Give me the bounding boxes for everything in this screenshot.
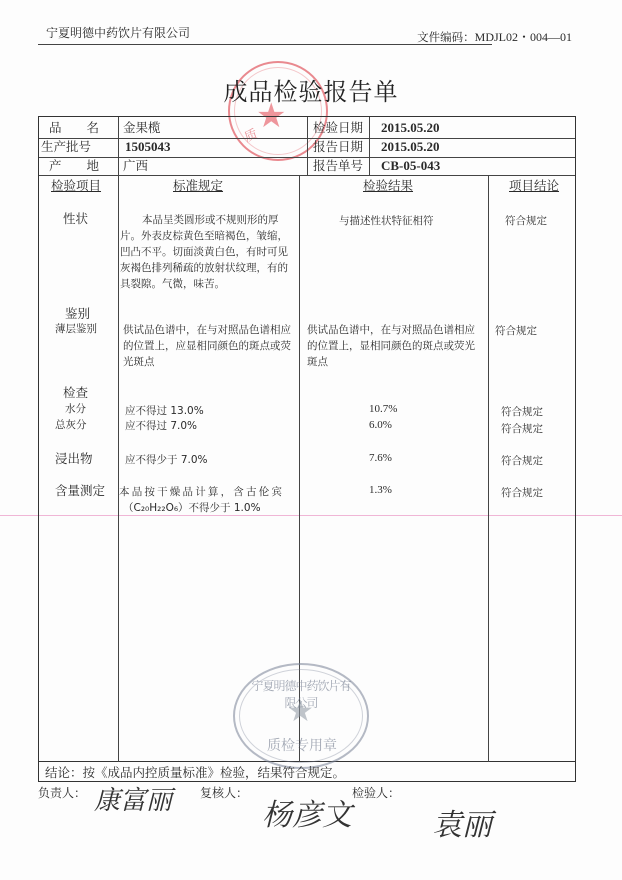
inspect-date-value: 2015.05.20 (381, 118, 440, 137)
report-no-label: 报告单号 (313, 156, 363, 175)
conclusion-row: 结论：按《成品内控质量标准》检验，结果符合规定。 (38, 762, 576, 782)
column-header-conclusion: 项目结论 (509, 176, 559, 195)
document-code-label: 文件编码： (417, 30, 475, 44)
reviewer-label: 复核人： (200, 784, 248, 801)
responsible-label: 负责人： (38, 784, 86, 801)
item-identification-result: 供试品色谱中，在与对照品色谱相应的位置上，显相同颜色的斑点或荧光斑点 (307, 322, 483, 370)
col-divider (118, 117, 119, 175)
page-title: 成品检验报告单 (0, 72, 622, 107)
item-assay-conclusion: 符合规定 (501, 484, 543, 503)
item-extract-name: 浸出物 (55, 449, 93, 468)
item-extract-result: 7.6% (369, 449, 392, 468)
report-no-value: CB-05-043 (381, 156, 440, 175)
item-ash-conclusion: 符合规定 (501, 420, 543, 439)
origin-value: 广西 (123, 156, 148, 175)
document-code: 文件编码：MDJL02・004—01 (417, 28, 572, 45)
header-rule (38, 44, 492, 45)
stamp-purpose-text: 质检专用章 (267, 735, 337, 755)
responsible-signature: 康富丽 (94, 780, 172, 817)
row-divider (39, 175, 575, 176)
item-traits-standard: 本品呈类圆形或不规则形的厚片。外表皮棕黄色至暗褐色，皱缩，凹凸不平。切面淡黄白色… (120, 212, 296, 292)
column-header-standard: 标准规定 (173, 176, 223, 195)
conclusion-text: 结论：按《成品内控质量标准》检验，结果符合规定。 (45, 763, 345, 781)
item-assay-standard-line2: （C₂₀H₂₂O₆）不得少于 1.0% (123, 499, 261, 518)
item-identification-conclusion: 符合规定 (495, 322, 537, 341)
item-ash-standard: 应不得过 7.0% (125, 417, 197, 436)
item-extract-conclusion: 符合规定 (501, 452, 543, 471)
report-date-value: 2015.05.20 (381, 137, 440, 156)
item-identification-standard: 供试品色谱中，在与对照品色谱相应的位置上，应显相同颜色的斑点或荧光斑点 (123, 322, 295, 370)
col-divider (307, 117, 308, 175)
item-assay-result: 1.3% (369, 481, 392, 500)
reviewer-signature: 杨彦文 (262, 790, 352, 834)
col-divider (488, 175, 489, 762)
item-ash-result: 6.0% (369, 416, 392, 435)
batch-value: 1505043 (125, 137, 171, 156)
inspector-signature: 袁丽 (432, 800, 492, 844)
star-icon: ★ (287, 697, 314, 727)
report-date-label: 报告日期 (313, 137, 363, 156)
inspect-date-label: 检验日期 (313, 118, 363, 137)
batch-label: 生产批号 (41, 137, 91, 156)
document-code-value: MDJL02・004—01 (475, 30, 572, 44)
item-assay-name: 含量测定 (55, 481, 105, 500)
item-traits-result: 与描述性状特征相符 (339, 212, 434, 231)
company-name: 宁夏明德中药饮片有限公司 (46, 24, 190, 41)
col-divider (118, 175, 119, 762)
item-traits-name: 性状 (63, 209, 88, 228)
quality-inspection-stamp: 宁夏明德中药饮片有限公司 ★ 质检专用章 (233, 663, 369, 769)
col-divider (369, 117, 370, 175)
inspector-label: 检验人： (352, 784, 400, 801)
product-name-value: 金果榄 (123, 118, 161, 137)
column-header-item: 检验项目 (51, 176, 101, 195)
item-traits-conclusion: 符合规定 (505, 212, 547, 231)
item-extract-standard: 应不得少于 7.0% (125, 451, 208, 470)
product-name-label: 品 名 (49, 118, 99, 137)
column-header-result: 检验结果 (363, 176, 413, 195)
item-ash-name: 总灰分 (55, 416, 87, 435)
origin-label: 产 地 (49, 156, 99, 175)
item-identification-sub: 薄层鉴别 (55, 320, 97, 339)
